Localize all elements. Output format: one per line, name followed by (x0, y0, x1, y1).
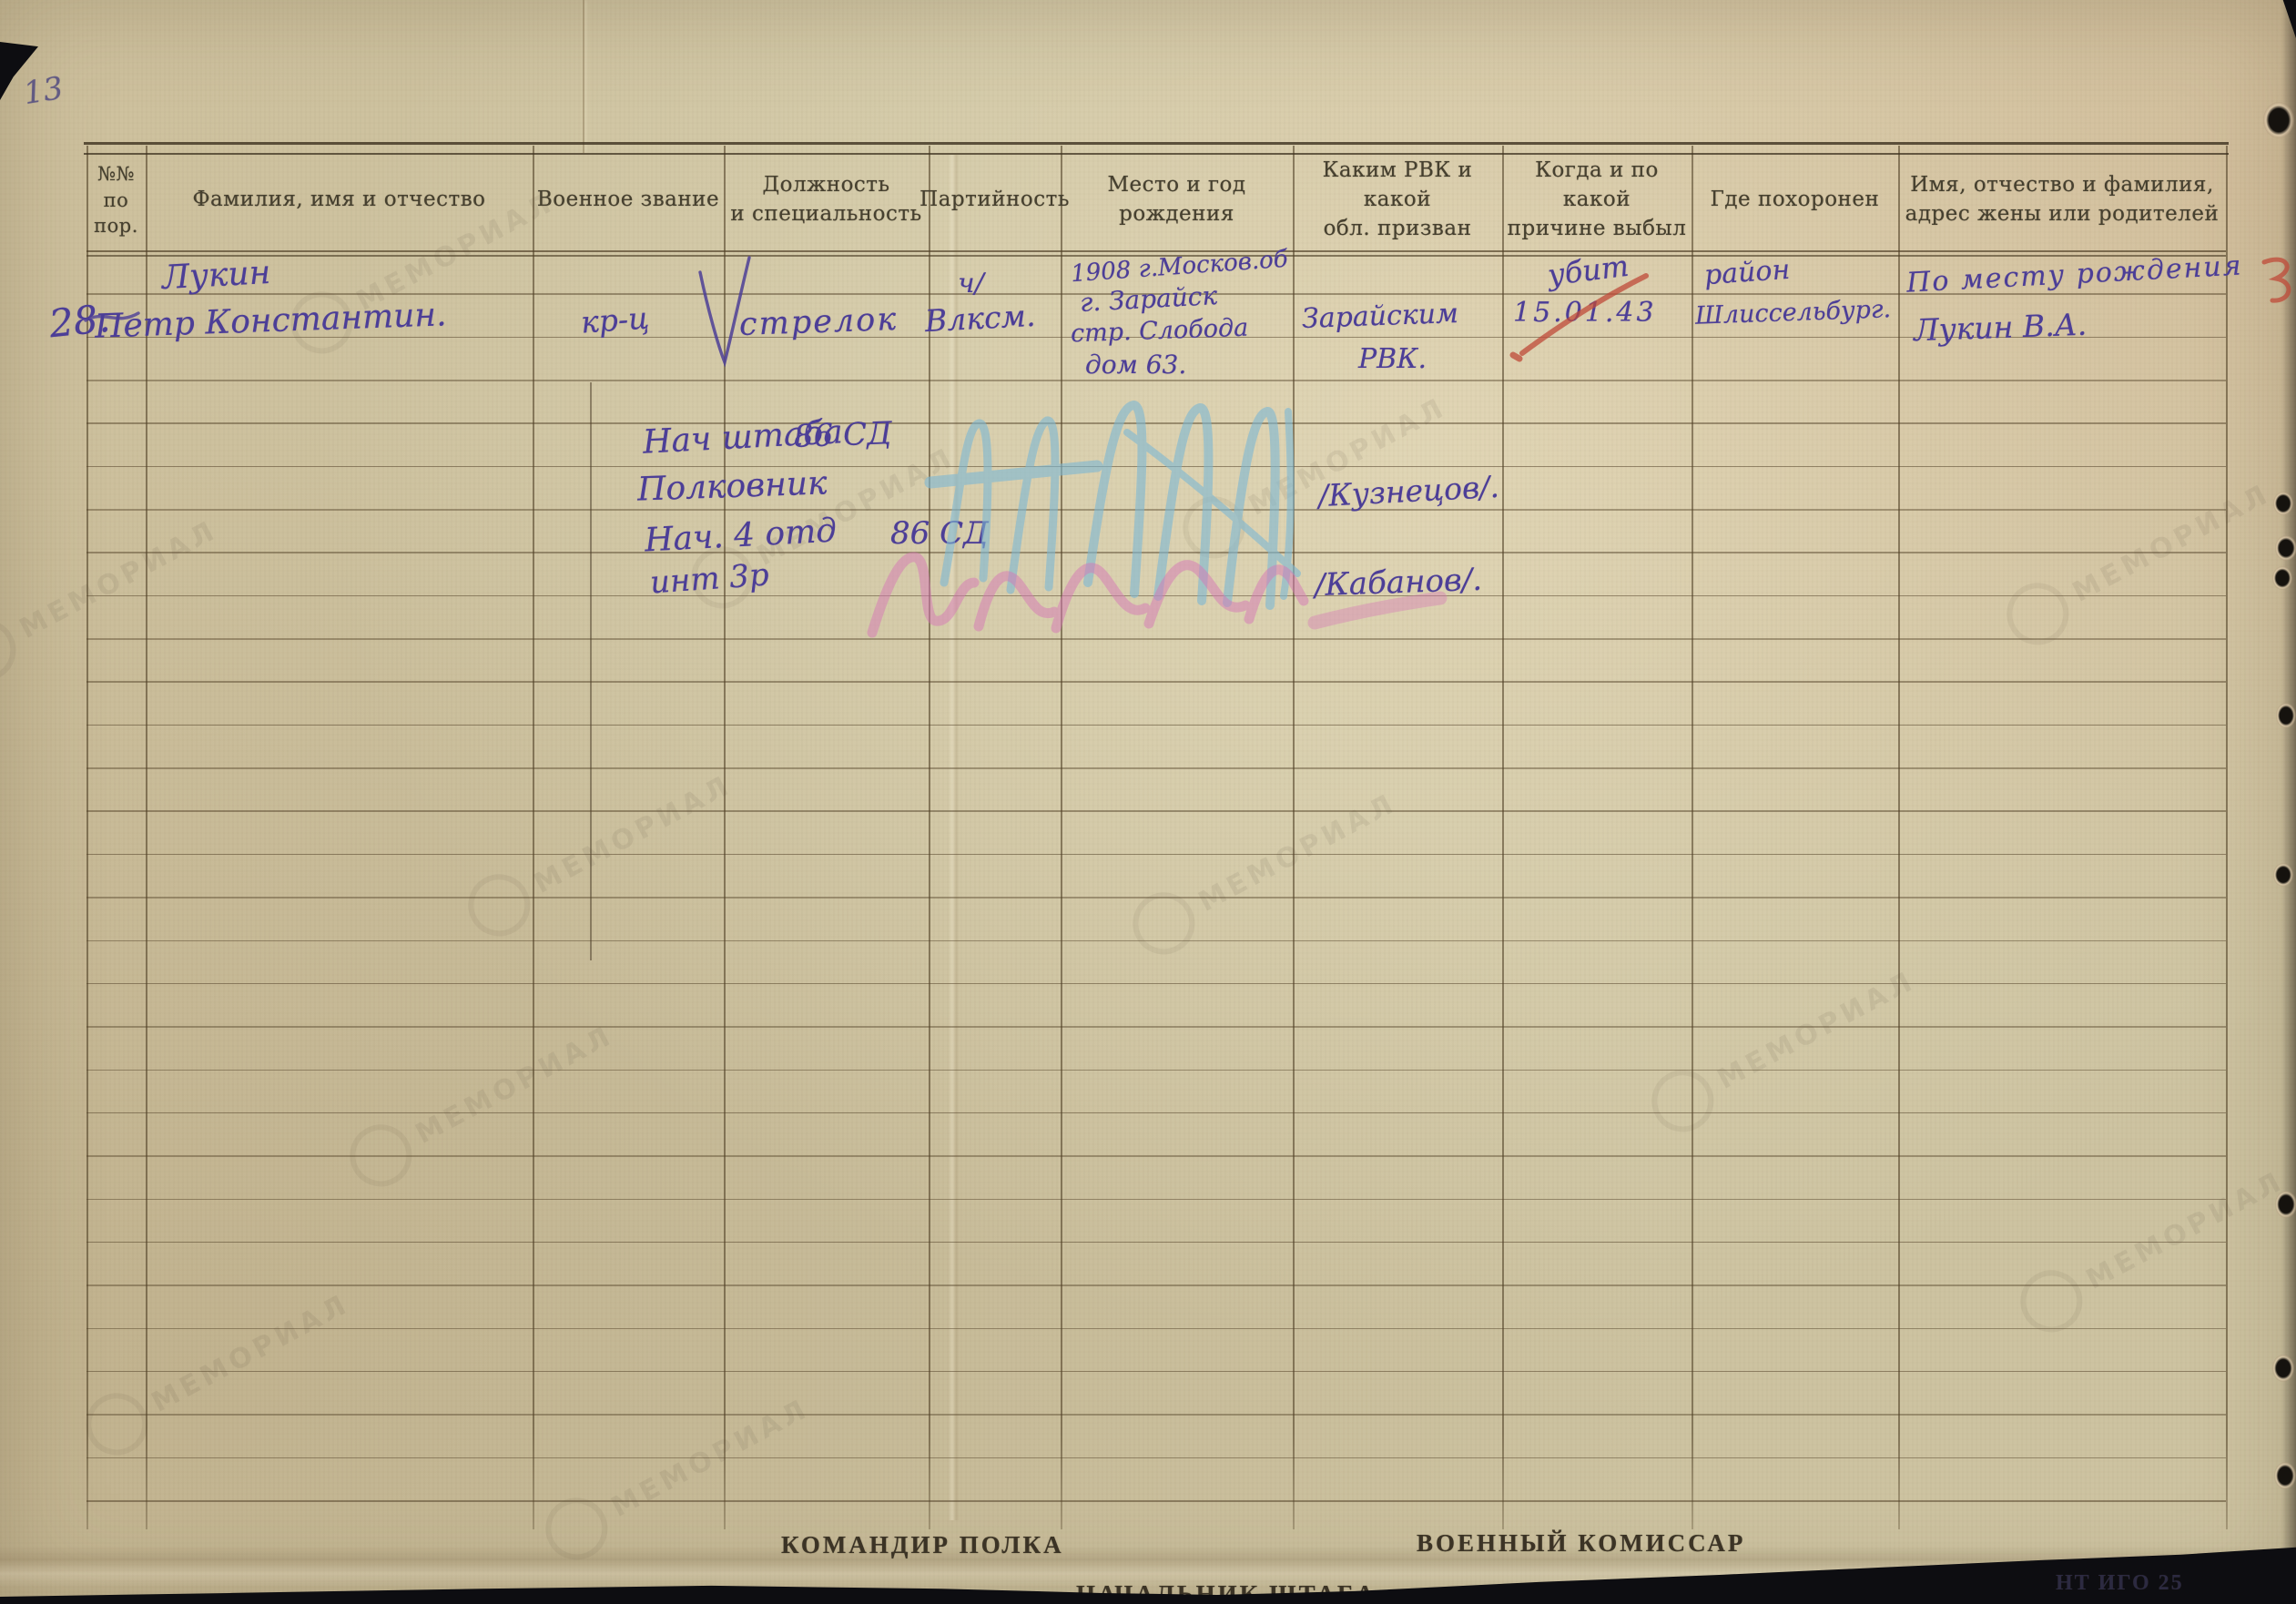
column-header-label: №№ (97, 161, 135, 188)
entry-party-line2: Влксм. (924, 298, 1036, 339)
table-row-line (86, 1242, 2226, 1244)
table-row-line (86, 810, 2226, 812)
column-header-label: Имя, отчество и фамилия, (1910, 171, 2214, 200)
entry-burial-line2: Шлиссельбург. (1695, 295, 1892, 330)
table-row-line (86, 1457, 2226, 1459)
table-row-line (86, 1026, 2226, 1028)
table-header-rule (86, 250, 2226, 252)
column-header-label: Каким РВК и какой (1293, 157, 1502, 214)
column-header-label: Где похоронен (1711, 186, 1880, 215)
paper-hole (2274, 1462, 2296, 1489)
table-row-line (86, 1155, 2226, 1157)
watermark-logo-circle (2009, 1259, 2093, 1343)
column-header-label: пор. (94, 213, 138, 239)
footer-print-mark: НТ ИГО 25 (2056, 1571, 2184, 1596)
table-row-line (86, 725, 2226, 726)
table-column-line (1061, 146, 1062, 1529)
margin-pencil-mark: 13 (21, 70, 66, 112)
table-row-line (86, 1199, 2226, 1201)
scan-edge-bottom (0, 1543, 2296, 1604)
entry-party-line1: ч/ (958, 268, 984, 299)
paper-hole (2275, 535, 2296, 561)
column-header-label: причине выбыл (1508, 215, 1687, 244)
watermark-text: МЕМОРИАЛ (15, 513, 223, 645)
column-header-label: рождения (1119, 200, 1234, 229)
paper-hole (2275, 1191, 2296, 1218)
cert-row1-unit: 86 СД (793, 415, 892, 455)
scan-edge-top-right (2276, 0, 2296, 38)
fold-crease-top (583, 0, 584, 153)
column-header-label: адрес жены или родителей (1905, 200, 2220, 229)
entry-surname: Лукин (161, 254, 271, 297)
column-header-8: Где похоронен (1692, 150, 1898, 250)
column-header-2: Военное звание (533, 150, 724, 250)
column-header-label: Фамилия, имя и отчество (192, 186, 485, 215)
paper-hole (2263, 102, 2294, 138)
footer-commissar-label: ВОЕННЫЙ КОМИССАР (1417, 1529, 1745, 1558)
table-row-line (86, 897, 2226, 898)
watermark-logo-circle (457, 863, 541, 947)
table-row-line (86, 422, 2226, 424)
archive-watermark: МЕМОРИАЛ (534, 1379, 821, 1571)
watermark-logo-circle (1641, 1059, 1724, 1142)
watermark-text: МЕМОРИАЛ (147, 1287, 355, 1418)
table-row-line (86, 1414, 2226, 1416)
column-header-label: обл. призван (1324, 215, 1472, 244)
table-column-line (1293, 146, 1295, 1529)
scanned-document-page: 13 Лукин 28. Петр Константин. кр-ц стрел… (0, 0, 2296, 1604)
cert-row2-signature-name: /Кабанов/. (1314, 562, 1482, 604)
archive-watermark: МЕМОРИАЛ (1641, 951, 1927, 1143)
column-header-0: №№попор. (86, 150, 146, 250)
entry-family-line2: Лукин В.А. (1913, 307, 2087, 349)
fold-crease-middle (949, 155, 960, 1520)
column-header-label: Военное звание (537, 186, 719, 215)
column-header-7: Когда и по какойпричине выбыл (1502, 150, 1692, 250)
table-column-line (1502, 146, 1504, 1529)
table-row-line (86, 509, 2226, 511)
table-column-line (724, 146, 726, 1529)
entry-rank: кр-ц (580, 299, 651, 340)
table-row-line (86, 552, 2226, 553)
watermark-text: МЕМОРИАЛ (529, 768, 737, 899)
table-column-line (1898, 146, 1900, 1529)
entry-birth-line2: г. Зарайск (1079, 280, 1218, 318)
table-row-line (86, 940, 2226, 942)
table-row-line (86, 380, 2226, 381)
entry-rvk-line1: Зарайским (1301, 298, 1458, 335)
watermark-logo-circle (1122, 881, 1205, 965)
table-row-line (86, 1500, 2226, 1502)
archive-watermark: МЕМОРИАЛ (1996, 464, 2282, 656)
paper-hole (2273, 492, 2293, 515)
table-row-line (86, 767, 2226, 769)
watermark-text: МЕМОРИАЛ (2081, 1164, 2290, 1295)
watermark-logo-circle (1172, 485, 1255, 569)
watermark-text: МЕМОРИАЛ (2067, 477, 2276, 608)
blue-pencil-signature (930, 405, 1297, 605)
column-header-4: Партийность (929, 150, 1061, 250)
table-column-line (1692, 146, 1693, 1529)
watermark-logo-circle (1996, 572, 2079, 655)
paper-hole (2272, 1355, 2294, 1382)
column-header-label: по (104, 188, 129, 214)
table-row-line (86, 1070, 2226, 1071)
table-column-line (2226, 146, 2228, 1529)
column-header-9: Имя, отчество и фамилия,адрес жены или р… (1898, 150, 2226, 250)
column-header-5: Место и годрождения (1061, 150, 1293, 250)
archive-watermark: МЕМОРИАЛ (457, 756, 744, 948)
entry-burial-line1: район (1703, 254, 1791, 291)
cert-row1-signature-name: /Кузнецов/. (1317, 469, 1500, 513)
entry-birth-line4: дом 63. (1085, 350, 1186, 380)
table-row-line (86, 1328, 2226, 1330)
archive-watermark: МЕМОРИАЛ (2009, 1152, 2296, 1344)
column-header-label: Партийность (919, 186, 1070, 215)
paper-hole (2273, 863, 2293, 887)
paper-hole (2272, 566, 2292, 590)
entry-rvk-line2: РВК. (1358, 343, 1427, 375)
table-row-line (86, 595, 2226, 597)
watermark-logo-circle (0, 608, 26, 692)
table-column-line (929, 146, 930, 1529)
watermark-text: МЕМОРИАЛ (411, 1019, 619, 1150)
entry-position: стрелок (738, 301, 898, 343)
cert-row1-rank: Полковник (636, 464, 828, 508)
table-row-line (86, 681, 2226, 683)
column-header-label: Когда и по какой (1502, 157, 1692, 214)
table-column-line (533, 146, 534, 1529)
table-row-line (86, 1284, 2226, 1286)
column-header-6: Каким РВК и какойобл. призван (1293, 150, 1502, 250)
footer-commander-label: КОМАНДИР ПОЛКА (781, 1531, 1064, 1559)
column-header-3: Должностьи специальность (724, 150, 929, 250)
column-header-label: Должность (762, 171, 889, 200)
column-header-1: Фамилия, имя и отчество (146, 150, 533, 250)
column-header-label: и специальность (730, 200, 921, 229)
entry-birth-line3: стр. Слобода (1071, 314, 1249, 349)
table-row-line (86, 1371, 2226, 1373)
table-column-line (86, 146, 88, 1529)
archive-watermark: МЕМОРИАЛ (339, 1006, 625, 1198)
column-header-label: Место и год (1107, 171, 1245, 200)
table-row-line (86, 1112, 2226, 1114)
entry-fate-line2: 15.01.43 (1513, 297, 1657, 329)
table-row-line (86, 638, 2226, 640)
table-column-line (146, 146, 147, 1529)
paper-hole (2276, 703, 2296, 728)
table-row-line (86, 466, 2226, 468)
stray-ink-line (590, 382, 592, 960)
table-row-line (86, 983, 2226, 985)
entry-family-line1: По месту рождения (1905, 249, 2243, 299)
archive-watermark: МЕМОРИАЛ (1122, 774, 1408, 966)
table-row-line (86, 854, 2226, 856)
cert-row2-unit: 86 СД (890, 515, 989, 552)
